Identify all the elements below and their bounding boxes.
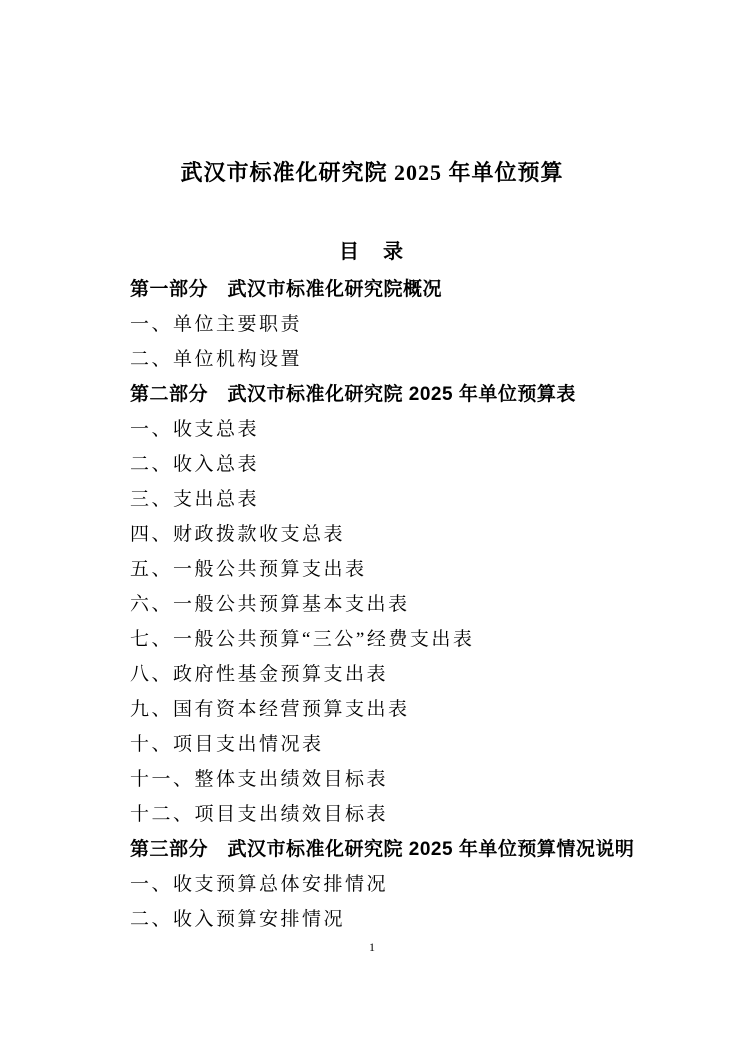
toc-item-entry: 六、一般公共预算基本支出表 [130, 587, 724, 622]
toc-item-entry: 一、收支预算总体安排情况 [130, 867, 724, 902]
toc-item-entry: 十、项目支出情况表 [130, 727, 724, 762]
toc-item-entry: 一、收支总表 [130, 412, 724, 447]
toc-item-entry: 二、单位机构设置 [130, 342, 724, 377]
toc-section-entry: 第一部分 武汉市标准化研究院概况 [130, 272, 724, 307]
toc-item-entry: 二、收入总表 [130, 447, 724, 482]
document-page: 武汉市标准化研究院 2025 年单位预算 目 录 第一部分 武汉市标准化研究院概… [0, 0, 744, 1052]
toc-heading: 目 录 [0, 238, 744, 266]
toc-item-entry: 一、单位主要职责 [130, 307, 724, 342]
toc-item-entry: 八、政府性基金预算支出表 [130, 657, 724, 692]
toc-item-entry: 十一、整体支出绩效目标表 [130, 762, 724, 797]
toc-item-entry: 七、一般公共预算“三公”经费支出表 [130, 622, 724, 657]
toc-item-entry: 五、一般公共预算支出表 [130, 552, 724, 587]
toc-list: 第一部分 武汉市标准化研究院概况一、单位主要职责二、单位机构设置第二部分 武汉市… [0, 272, 744, 937]
page-number: 1 [0, 939, 744, 955]
toc-item-entry: 二、收入预算安排情况 [130, 902, 724, 937]
document-title: 武汉市标准化研究院 2025 年单位预算 [0, 155, 744, 191]
toc-item-entry: 三、支出总表 [130, 482, 724, 517]
toc-item-entry: 九、国有资本经营预算支出表 [130, 692, 724, 727]
toc-section-entry: 第三部分 武汉市标准化研究院 2025 年单位预算情况说明 [130, 832, 724, 867]
toc-section-entry: 第二部分 武汉市标准化研究院 2025 年单位预算表 [130, 377, 724, 412]
toc-item-entry: 四、财政拨款收支总表 [130, 517, 724, 552]
toc-item-entry: 十二、项目支出绩效目标表 [130, 797, 724, 832]
